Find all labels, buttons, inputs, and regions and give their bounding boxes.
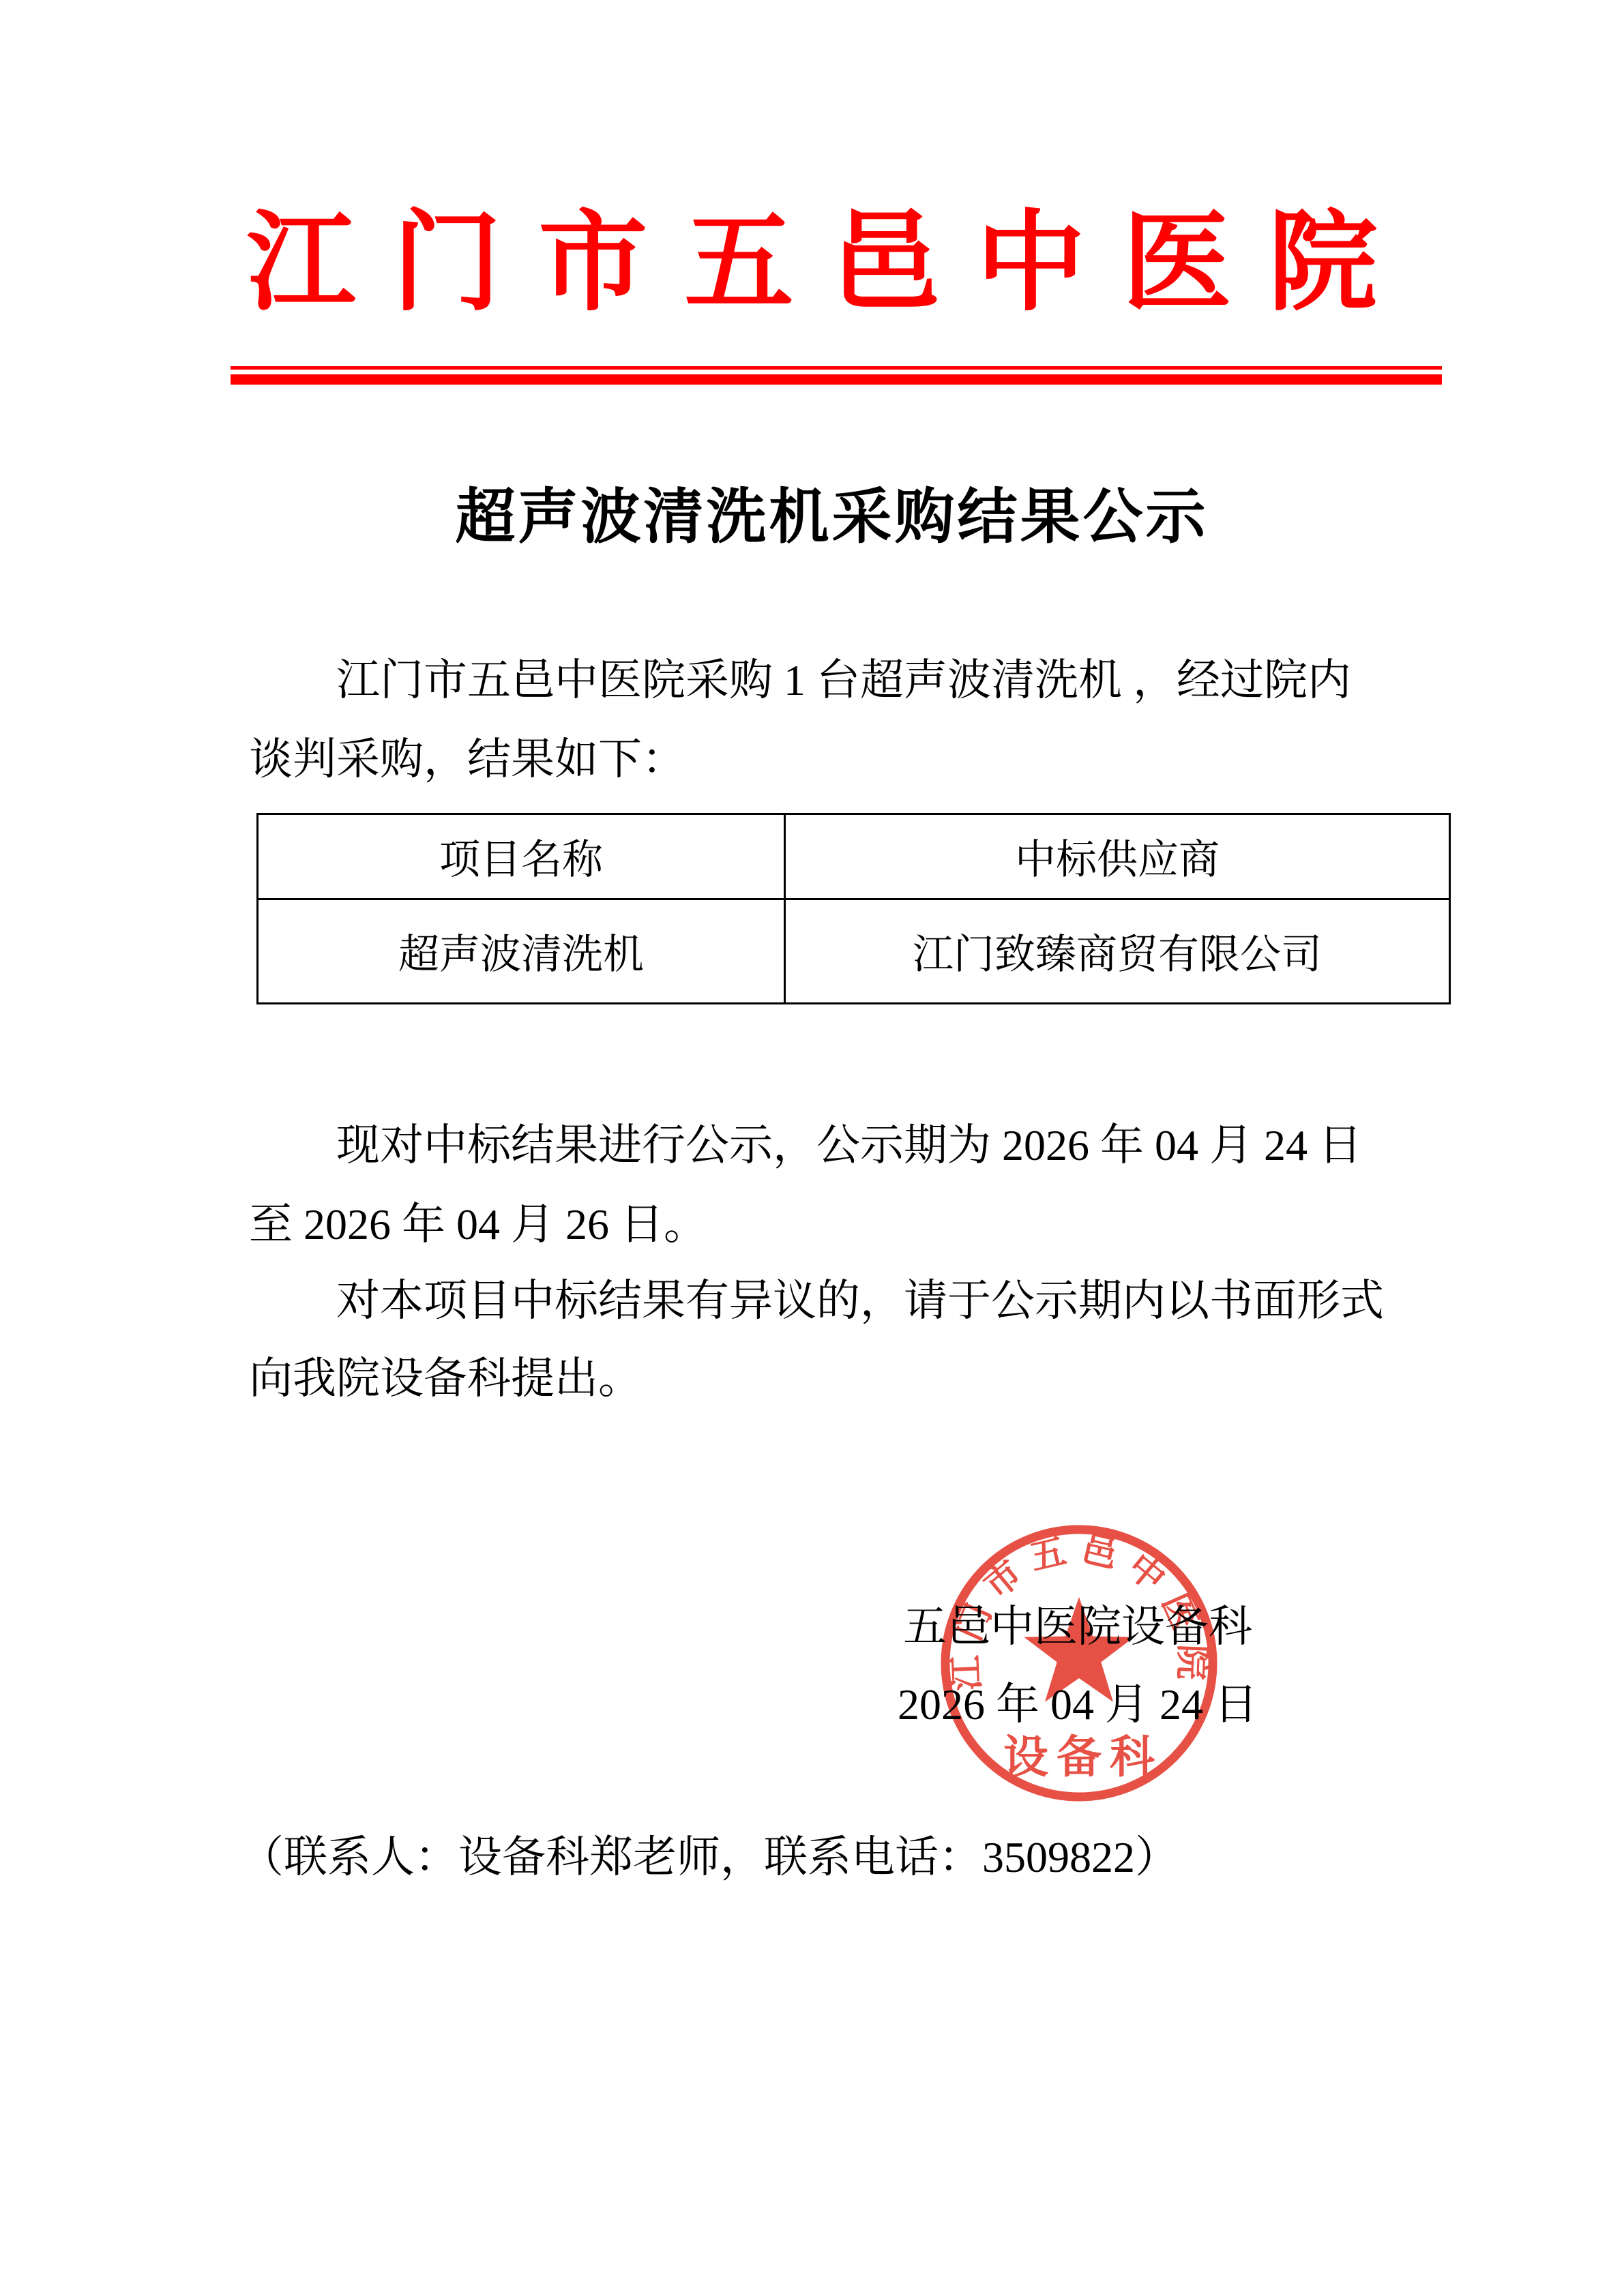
contact-info: （联系人：设备科郑老师，联系电话：3509822） bbox=[240, 1822, 1536, 1885]
department-seal-stamp: 江门市五邑中医院 设备科 bbox=[936, 1517, 1222, 1810]
signature-date: 2026 年 04 月 24 日 bbox=[764, 1669, 1391, 1732]
table-cell-supplier-name: 江门致臻商贸有限公司 bbox=[785, 899, 1450, 1004]
table-header-row: 项目名称 中标供应商 bbox=[258, 814, 1450, 899]
procurement-result-table: 项目名称 中标供应商 超声波清洗机 江门致臻商贸有限公司 bbox=[256, 813, 1451, 1004]
objection-paragraph-line1: 对本项目中标结果有异议的，请于公示期内以书面形式 bbox=[249, 1277, 1453, 1326]
page-title: 超声波清洗机采购结果公示 bbox=[0, 486, 1624, 552]
intro-paragraph-line2: 谈判采购，结果如下： bbox=[249, 735, 1453, 784]
header-rule-thin bbox=[231, 366, 1442, 370]
intro-paragraph-line1: 江门市五邑中医院采购 1 台超声波清洗机 ，经过院内 bbox=[249, 656, 1453, 705]
stamp-bottom-text: 设备科 bbox=[1003, 1733, 1163, 1783]
announcement-paragraph-line2: 至 2026 年 04 月 26 日。 bbox=[249, 1200, 1453, 1249]
document-page: 江门市五邑中医院 超声波清洗机采购结果公示 江门市五邑中医院采购 1 台超声波清… bbox=[0, 0, 1624, 2296]
header-rule-thick bbox=[231, 374, 1442, 385]
table-cell-project-name: 超声波清洗机 bbox=[258, 899, 785, 1004]
table-header-supplier: 中标供应商 bbox=[785, 814, 1450, 899]
announcement-paragraph-line1: 现对中标结果进行公示，公示期为 2026 年 04 月 24 日 bbox=[249, 1121, 1453, 1170]
hospital-name-header: 江门市五邑中医院 bbox=[0, 203, 1624, 323]
signature-department: 五邑中医院设备科 bbox=[764, 1592, 1391, 1654]
table-row: 超声波清洗机 江门致臻商贸有限公司 bbox=[258, 899, 1450, 1004]
table-header-project: 项目名称 bbox=[258, 814, 785, 899]
objection-paragraph-line2: 向我院设备科提出。 bbox=[249, 1354, 1453, 1403]
